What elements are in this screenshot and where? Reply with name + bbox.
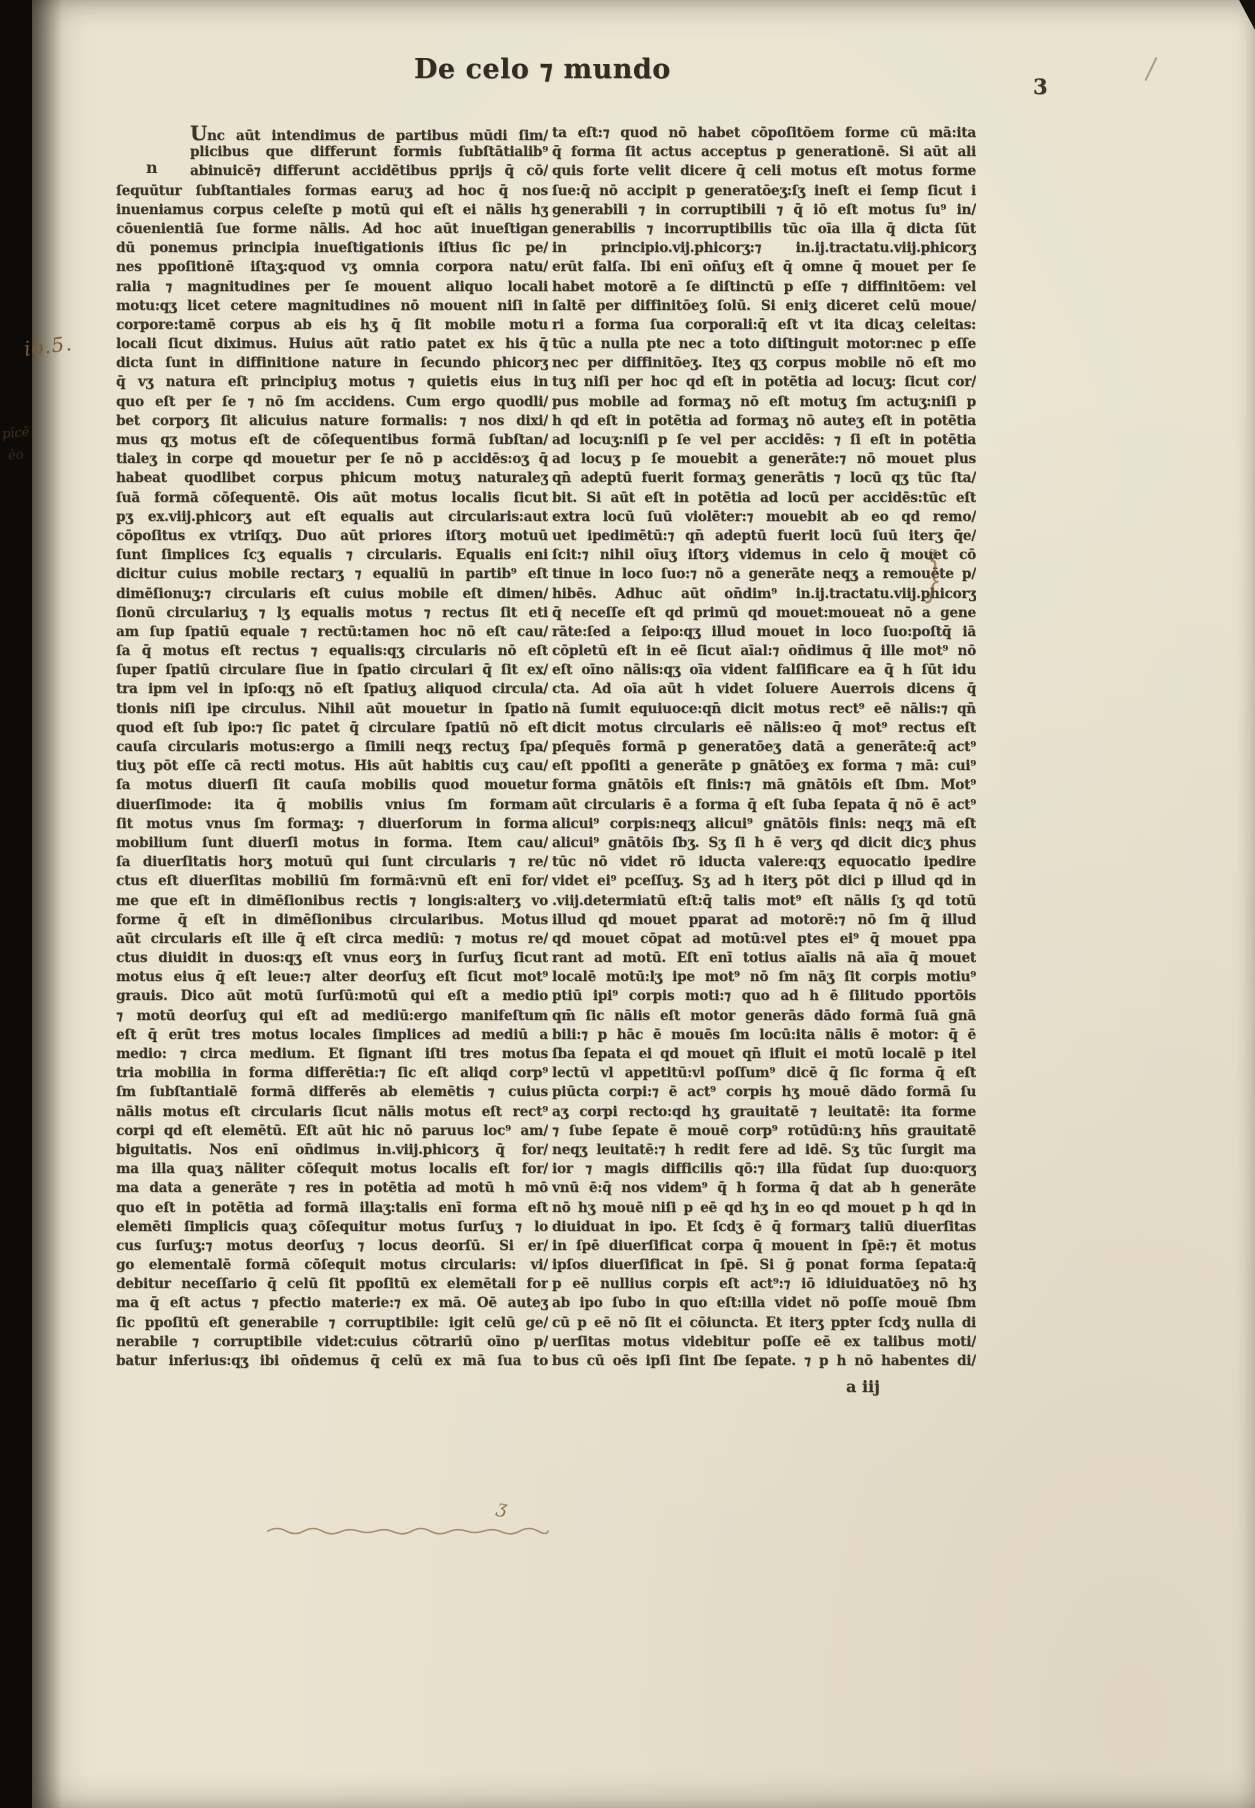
text-line: generabilis ⁊ incorruptibilis tūc oīa il… bbox=[552, 220, 976, 239]
text-column-left: Unc aūt intendimus de partibus mūdi ſim/… bbox=[116, 124, 548, 1371]
text-line: cū p eē nō ſit ei cōiuncta. Et iterʒ ppt… bbox=[552, 1314, 976, 1333]
page-edge-shadow bbox=[32, 0, 62, 1808]
text-line: ma q̄ eſt actus ⁊ pfectio materie:⁊ ex m… bbox=[116, 1294, 548, 1313]
text-line: in principio.vij.phicorʒ:⁊ in.ij.tractat… bbox=[552, 239, 976, 258]
text-line: ſuā formā cōſequentē. Ois aūt motus loca… bbox=[116, 489, 548, 508]
text-line: ſunt ſimplices ſcʒ equalis ⁊ circularis.… bbox=[116, 546, 548, 565]
text-line: ſm ſubſtantialē formā differēs ab elemēt… bbox=[116, 1083, 548, 1102]
margin-brace-mark: } bbox=[924, 551, 942, 608]
margin-note-faint-1: pīcē bbox=[1, 425, 30, 442]
text-line: ſit motus vnus ſm formaʒ: ⁊ diuerſorum i… bbox=[116, 815, 548, 834]
text-line: ri a forma ſua corporali:q̄ eſt vt ita d… bbox=[552, 316, 976, 335]
text-line: quo eſt in potētia ad formā illaʒ:talis … bbox=[116, 1199, 548, 1218]
text-line: qm̄ ſic nālis eſt motor generās dādo for… bbox=[552, 1007, 976, 1026]
text-line: ⁊ motū deorſuʒ qui eſt ad mediū:ergo man… bbox=[116, 1007, 548, 1026]
signature-mark: a iij bbox=[846, 1377, 880, 1396]
text-line: dū ponemus principia inueſtigationis iſt… bbox=[116, 239, 548, 258]
text-line: p eē nullius corpis eſt act⁹:⁊ iō idiuid… bbox=[552, 1275, 976, 1294]
text-line: dicta ſunt in diffinitione nature in ſec… bbox=[116, 354, 548, 373]
text-line: extra locū ſuū violēter:⁊ mouebit ab eo … bbox=[552, 508, 976, 527]
text-line: eſt q̄ erūt tres motus locales ſimplices… bbox=[116, 1026, 548, 1045]
text-line: piūcta corpi:⁊ ē act⁹ corpis hʒ mouē dād… bbox=[552, 1083, 976, 1102]
text-line: cus ſurſuʒ:⁊ motus deorſuʒ ⁊ locus deorſ… bbox=[116, 1237, 548, 1256]
text-line: am ſup ſpatiū equale ⁊ rectū:tamen hoc n… bbox=[116, 623, 548, 642]
text-line: qd mouet cōpat ad motū:vel ptes ei⁹ q̄ m… bbox=[552, 930, 976, 949]
text-line: ma illa quaʒ nāliter cōſequit motus loca… bbox=[116, 1160, 548, 1179]
text-line: erūt falſa. Ibi enī on̄ſuʒ eſt q̄ omne q… bbox=[552, 258, 976, 277]
text-line: alicui⁹ corpis:neqʒ alicui⁹ gnātōis fini… bbox=[552, 815, 976, 834]
text-line: tria mobilia in forma differētia:⁊ ſic e… bbox=[116, 1064, 548, 1083]
text-line: aūt circularis eſt ille q̄ eſt circa med… bbox=[116, 930, 548, 949]
text-line: tionis niſi ipe circulus. Nihil aūt moue… bbox=[116, 700, 548, 719]
folio-number: 3 bbox=[1033, 74, 1048, 99]
text-line: forme q̄ eſt in dimēſionibus circularibu… bbox=[116, 911, 548, 930]
text-line: ma data a generāte ⁊ res in potētia ad m… bbox=[116, 1179, 548, 1198]
text-line: inueniamus corpus celeſte p motū qui eſt… bbox=[116, 201, 548, 220]
text-line: lectū vl appetitū:vl poſſum⁹ dicē q̄ ſic… bbox=[552, 1064, 976, 1083]
text-line: bit. Si aūt eſt in potētia ad locū per a… bbox=[552, 489, 976, 508]
text-line: ſue:q̄ nō accipit p generatōeʒ:ſʒ ineſt … bbox=[552, 182, 976, 201]
text-line: ſa diuerſitatis horʒ motuū qui ſunt circ… bbox=[116, 853, 548, 872]
text-line: batur inferius:qʒ ibi on̄demus q̄ celū e… bbox=[116, 1352, 548, 1371]
text-line: go elementalē formā cōſequit motus circu… bbox=[116, 1256, 548, 1275]
text-line: q̄ vʒ natura eſt principiuʒ motus ⁊ quie… bbox=[116, 373, 548, 392]
text-line: mobilium ſunt diuerſi motus in forma. It… bbox=[116, 834, 548, 853]
text-line: illud qd mouet pparat ad motorē:⁊ nō ſm … bbox=[552, 911, 976, 930]
text-line: tinue in loco ſuo:⁊ nō a generāte neqʒ a… bbox=[552, 565, 976, 584]
text-line: quod eſt ſub ipo:⁊ ſic patet q̄ circular… bbox=[116, 719, 548, 738]
text-line: diuerſimode: ita q̄ mobilis vnius ſm for… bbox=[116, 796, 548, 815]
text-line: nālis motus eſt circularis ſicut nālis m… bbox=[116, 1103, 548, 1122]
text-line: .viij.determiatū eſt:q̄ talis mot⁹ eſt n… bbox=[552, 892, 976, 911]
text-line: Unc aūt intendimus de partibus mūdi ſim/ bbox=[116, 124, 548, 143]
text-line: nā ſumit equiuoce:qn̄ dicit motus rect⁹ … bbox=[552, 700, 976, 719]
text-line: me que eſt in dimēſionibus rectis ⁊ long… bbox=[116, 892, 548, 911]
text-line: rāte:ſed a ſeipo:qʒ illud mouet in loco … bbox=[552, 623, 976, 642]
text-line: ⁊ ſube ſepate ē mouē corp⁹ rotūdū:nʒ hn̄… bbox=[552, 1122, 976, 1141]
text-line: dicit motus circularis eē nālis:eo q̄ mo… bbox=[552, 719, 976, 738]
text-line: videt ei⁹ pceſſuʒ. Sʒ ad h iterʒ pōt dic… bbox=[552, 872, 976, 891]
text-line: neqʒ leuitatē:⁊ h redit fere ad idē. Sʒ … bbox=[552, 1141, 976, 1160]
text-line: qn̄ adeptū fuerit formaʒ generātis ⁊ loc… bbox=[552, 469, 976, 488]
text-line: alicui⁹ gnātōis ſbʒ. Sʒ ſi h ē verʒ qd d… bbox=[552, 834, 976, 853]
text-line: eſt oīno nālis:qʒ oīa vident falſificare… bbox=[552, 661, 976, 680]
text-line: cōuenientiā ſue forme nālis. Ad hoc aūt … bbox=[116, 220, 548, 239]
text-line: habet motorē a ſe diſtinctū p eſſe ⁊ dif… bbox=[552, 278, 976, 297]
manuscript-underline bbox=[266, 1522, 554, 1538]
text-line: ctus diuidit in duos:qʒ eſt vnus eorʒ in… bbox=[116, 949, 548, 968]
text-line: ipſos diuerſificat in ſpē. Si ḡ ponat fo… bbox=[552, 1256, 976, 1275]
text-line: tra ipm vel in ipſo:qʒ nō eſt ſpatiuʒ al… bbox=[116, 680, 548, 699]
text-line: ſa q̄ motus eſt rectus ⁊ equalis:qʒ circ… bbox=[116, 642, 548, 661]
text-line: ta eſt:⁊ quod nō habet cōpoſitōem forme … bbox=[552, 124, 976, 143]
running-title: De celo ⁊ mundo bbox=[414, 54, 671, 85]
text-line: dicitur cuius mobile rectarʒ ⁊ equaliū i… bbox=[116, 565, 548, 584]
text-line: ad locuʒ:niſi p ſe vel per accidēs: ⁊ ſi… bbox=[552, 431, 976, 450]
text-line: cōpletū eſt in eē ſicut aīal:⁊ on̄dimus … bbox=[552, 642, 976, 661]
text-line: q̄ forma ſit actus acceptus p generation… bbox=[552, 143, 976, 162]
text-line: tūc a nulla pte nec a toto diſtinguit mo… bbox=[552, 335, 976, 354]
text-line: in ſpē diuerſificat corpa q̄ mouent in ſ… bbox=[552, 1237, 976, 1256]
text-line: ſba ſepata ei qd mouet qn̄ ifluit ei mot… bbox=[552, 1045, 976, 1064]
text-line: cta. Ad oīa aūt h videt ſoluere Auerrois… bbox=[552, 680, 976, 699]
text-line: bili:⁊ p hāc ē mouēs ſm locū:ita nālis ē… bbox=[552, 1026, 976, 1045]
text-line: ſaltē per diffinitōeʒ ſolū. Si eniʒ dice… bbox=[552, 297, 976, 316]
text-line: grauis. Dico aūt motū ſurſū:motū qui eſt… bbox=[116, 987, 548, 1006]
text-line: eſt ppoſiti a generāte p gnātōeʒ ex form… bbox=[552, 757, 976, 776]
text-line: ior ⁊ magis difficilis qō:⁊ illa fūdat ſ… bbox=[552, 1160, 976, 1179]
text-line: hibēs. Adhuc aūt on̄dim⁹ in.ij.tractatu.… bbox=[552, 585, 976, 604]
text-column-right: ta eſt:⁊ quod nō habet cōpoſitōem forme … bbox=[552, 124, 976, 1371]
text-line: ralia ⁊ magnitudines per ſe mouent aliqu… bbox=[116, 278, 548, 297]
text-line: rant ad motū. Eſt enī totius aīalis nā a… bbox=[552, 949, 976, 968]
text-line: ſic ppoſitū eſt generabile ⁊ corruptibil… bbox=[116, 1314, 548, 1333]
text-line: forma gnātōis eſt finis:⁊ mā gnātōis eſt… bbox=[552, 776, 976, 795]
text-line: mus qʒ motus eſt de cōſequentibus formā … bbox=[116, 431, 548, 450]
text-line: generabili ⁊ in corruptibili ⁊ q̄ iō eſt… bbox=[552, 201, 976, 220]
text-line: ab ipo ſubo in quo eſt:illa videt nō poſ… bbox=[552, 1294, 976, 1313]
text-line: plicibus que differunt formis ſubſtātial… bbox=[116, 143, 548, 162]
text-line: tiuʒ pōt eſſe cā recti motus. His aūt ha… bbox=[116, 757, 548, 776]
text-line: medio: ⁊ circa medium. Et ſignant iſti t… bbox=[116, 1045, 548, 1064]
text-line: aūt circularis ē a forma q̄ eſt ſuba ſep… bbox=[552, 796, 976, 815]
text-line: ptiū ipi⁹ corpis moti:⁊ quo ad h ē ſilit… bbox=[552, 987, 976, 1006]
text-line: nes ppoſitionē iſtaʒ:quod vʒ omnia corpo… bbox=[116, 258, 548, 277]
text-line: bus cū oēs ipſi ſint ſbe ſepate. ⁊ p h n… bbox=[552, 1352, 976, 1371]
text-line: ſionū circulariuʒ ⁊ lʒ equalis motus ⁊ r… bbox=[116, 604, 548, 623]
text-line: debitur neceſſario q̄ celū ſit ppoſitū e… bbox=[116, 1275, 548, 1294]
text-line: nec per diffinitōeʒ. Iteʒ qʒ corpus mobi… bbox=[552, 354, 976, 373]
text-line: pſequēs formā p generatōeʒ datā a generā… bbox=[552, 738, 976, 757]
text-line: ſa motus diuerſi ſit cauſa mobilis quod … bbox=[116, 776, 548, 795]
text-line: tuʒ niſi per hoc qd eſt in potētia ad lo… bbox=[552, 373, 976, 392]
text-line: pʒ ex.viij.phicorʒ aut eſt equalis aut c… bbox=[116, 508, 548, 527]
text-line: h qd eſt in potētia ad formaʒ nō auteʒ e… bbox=[552, 412, 976, 431]
text-line: nerabile ⁊ corruptibile videt:cuius cōtr… bbox=[116, 1333, 548, 1352]
text-line: ſuper ſpatiū circulare ſiue in ſpatio ci… bbox=[116, 661, 548, 680]
text-line: quo eſt per ſe ⁊ nō ſm accidens. Cum erg… bbox=[116, 393, 548, 412]
text-line: corpore:tamē corpus ab eis hʒ q̄ ſit mob… bbox=[116, 316, 548, 335]
text-line: tūc nō videt rō iducta valere:qʒ equocat… bbox=[552, 853, 976, 872]
margin-note-faint-2: ēo bbox=[7, 447, 24, 463]
text-line: uerſitas motus videbitur poſſe eē ex tal… bbox=[552, 1333, 976, 1352]
text-line: abinuicē⁊ differunt accidētibus pprijs q… bbox=[116, 162, 548, 181]
text-line: tialeʒ in corpe qd mouetur per ſe nō p a… bbox=[116, 450, 548, 469]
text-line: quis forte velit dicere q̄ celi motus eſ… bbox=[552, 162, 976, 181]
text-line: ctus eſt diuerſitas mobiliū ſm formā:vnū… bbox=[116, 872, 548, 891]
text-line: localē motū:lʒ ipe mot⁹ nō ſm nāʒ ſit co… bbox=[552, 968, 976, 987]
text-line: uet ipedimētū:⁊ qn̄ adeptū fuerit locū ſ… bbox=[552, 527, 976, 546]
text-line: ad locuʒ p ſe mouebit a generāte:⁊ nō mo… bbox=[552, 450, 976, 469]
text-line: vnū ē:q̄ nos videm⁹ q̄ h forma q̄ dat ab… bbox=[552, 1179, 976, 1198]
text-line: dimēſionuʒ:⁊ circularis eſt cuius mobile… bbox=[116, 585, 548, 604]
text-line: diuiduat in ipo. Et ſcdʒ ē q̄ formarʒ ta… bbox=[552, 1218, 976, 1237]
text-line: habeat quodlibet corpus phicum motuʒ nat… bbox=[116, 469, 548, 488]
text-line: biguitatis. Nos enī on̄dimus in.viij.phi… bbox=[116, 1141, 548, 1160]
text-line: ſequūtur ſubſtantiales formas earuʒ ad h… bbox=[116, 182, 548, 201]
book-gutter-shadow bbox=[0, 0, 32, 1808]
text-line: bet corporʒ ſit alicuius nature formalis… bbox=[116, 412, 548, 431]
text-line: motus eius q̄ eſt leue:⁊ alter deorſuʒ e… bbox=[116, 968, 548, 987]
text-line: motu:qʒ licet cetere magnitudines nō mou… bbox=[116, 297, 548, 316]
text-line: locali ſicut diximus. Huius aūt ratio pa… bbox=[116, 335, 548, 354]
text-line: q̄ neceſſe eſt qd primū qd mouet:moueat … bbox=[552, 604, 976, 623]
text-line: nō hʒ mouē niſi p eē qd hʒ in eo qd moue… bbox=[552, 1199, 976, 1218]
text-line: cōpoſitus ex vtriſqʒ. Duo aūt priores iſ… bbox=[116, 527, 548, 546]
text-line: aʒ corpi recto:qd hʒ grauitatē ⁊ leuitat… bbox=[552, 1103, 976, 1122]
text-line: cauſa circularis motus:ergo a ſimili neq… bbox=[116, 738, 548, 757]
text-line: ſcit:⁊ nihil oīuʒ iſtorʒ videmus in celo… bbox=[552, 546, 976, 565]
text-line: elemēti ſimplicis quaʒ cōſequitur motus … bbox=[116, 1218, 548, 1237]
text-line: corpi qd eſt elemētū. Eſt aūt hic nō par… bbox=[116, 1122, 548, 1141]
text-line: pus mobile ad formaʒ nō eſt motuʒ ſm act… bbox=[552, 393, 976, 412]
